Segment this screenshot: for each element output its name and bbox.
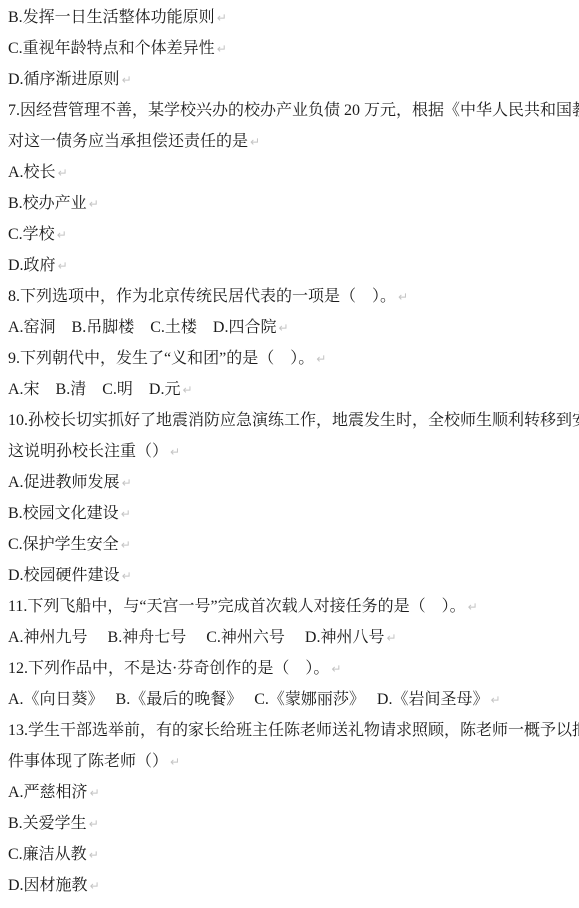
option-line: D.政府↵ xyxy=(8,250,579,281)
paragraph-mark-icon: ↵ xyxy=(170,445,180,459)
line-text: A.《向日葵》 B.《最后的晚餐》 C.《蒙娜丽莎》 D.《岩间圣母》 xyxy=(8,691,488,708)
paragraph-mark-icon: ↵ xyxy=(170,755,180,769)
option-line: C.廉洁从教↵ xyxy=(8,839,579,870)
paragraph-mark-icon: ↵ xyxy=(122,476,132,490)
paragraph-mark-icon: ↵ xyxy=(490,693,500,707)
paragraph-mark-icon: ↵ xyxy=(89,197,99,211)
option-row-line: A.窑洞 B.吊脚楼 C.土楼 D.四合院↵ xyxy=(8,312,579,343)
paragraph-mark-icon: ↵ xyxy=(386,631,396,645)
question-continuation-line: 件事体现了陈老师（）↵ xyxy=(8,746,579,777)
line-text: D.因材施教 xyxy=(8,877,88,894)
line-text: B.校园文化建设 xyxy=(8,505,119,522)
line-text: 件事体现了陈老师（） xyxy=(8,753,168,770)
option-line: A.校长↵ xyxy=(8,157,579,188)
line-text: 7.因经营管理不善，某学校兴办的校办产业负债 20 万元，根据《中华人民共和国教… xyxy=(8,102,579,119)
paragraph-mark-icon: ↵ xyxy=(331,662,341,676)
paragraph-mark-icon: ↵ xyxy=(121,538,131,552)
line-text: C.保护学生安全 xyxy=(8,536,119,553)
paragraph-mark-icon: ↵ xyxy=(89,817,99,831)
option-line: B.关爱学生↵ xyxy=(8,808,579,839)
question-continuation-line: 这说明孙校长注重（）↵ xyxy=(8,436,579,467)
paragraph-mark-icon: ↵ xyxy=(121,507,131,521)
line-text: 这说明孙校长注重（） xyxy=(8,443,168,460)
option-line: B.发挥一日生活整体功能原则↵ xyxy=(8,2,579,33)
paragraph-mark-icon: ↵ xyxy=(89,848,99,862)
paragraph-mark-icon: ↵ xyxy=(57,228,67,242)
line-text: B.关爱学生 xyxy=(8,815,87,832)
line-text: B.校办产业 xyxy=(8,195,87,212)
option-line: D.循序渐进原则↵ xyxy=(8,64,579,95)
question-line: 10.孙校长切实抓好了地震消防应急演练工作，地震发生时，全校师生顺利转移到安全地… xyxy=(8,405,579,436)
document-page: B.发挥一日生活整体功能原则↵ C.重视年龄特点和个体差异性↵ D.循序渐进原则… xyxy=(0,0,579,908)
paragraph-mark-icon: ↵ xyxy=(90,879,100,893)
paragraph-mark-icon: ↵ xyxy=(217,42,227,56)
question-line: 9.下列朝代中，发生了“义和团”的是（ ）。↵ xyxy=(8,343,579,374)
line-text: A.窑洞 B.吊脚楼 C.土楼 D.四合院 xyxy=(8,319,276,336)
option-row-line: A.宋 B.清 C.明 D.元↵ xyxy=(8,374,579,405)
line-text: A.促进教师发展 xyxy=(8,474,120,491)
option-line: C.学校↵ xyxy=(8,219,579,250)
line-text: 10.孙校长切实抓好了地震消防应急演练工作，地震发生时，全校师生顺利转移到安全地… xyxy=(8,412,579,429)
paragraph-mark-icon: ↵ xyxy=(250,135,260,149)
question-continuation-line: 对这一债务应当承担偿还责任的是↵ xyxy=(8,126,579,157)
line-text: A.宋 B.清 C.明 D.元 xyxy=(8,381,180,398)
line-text: D.政府 xyxy=(8,257,56,274)
paragraph-mark-icon: ↵ xyxy=(182,383,192,397)
line-text: C.廉洁从教 xyxy=(8,846,87,863)
option-line: A.促进教师发展↵ xyxy=(8,467,579,498)
question-line: 13.学生干部选举前，有的家长给班主任陈老师送礼物请求照顾，陈老师一概予以拒绝，… xyxy=(8,715,579,746)
option-line: B.校办产业↵ xyxy=(8,188,579,219)
line-text: 8.下列选项中，作为北京传统民居代表的一项是（ ）。 xyxy=(8,288,396,305)
option-line: D.因材施教↵ xyxy=(8,870,579,901)
line-text: 13.学生干部选举前，有的家长给班主任陈老师送礼物请求照顾，陈老师一概予以拒绝，… xyxy=(8,722,579,739)
line-text: A.校长 xyxy=(8,164,56,181)
question-line: 8.下列选项中，作为北京传统民居代表的一项是（ ）。↵ xyxy=(8,281,579,312)
line-text: 11.下列飞船中，与“天宫一号”完成首次载人对接任务的是（ ）。 xyxy=(8,598,466,615)
paragraph-mark-icon: ↵ xyxy=(217,11,227,25)
line-text: C.重视年龄特点和个体差异性 xyxy=(8,40,215,57)
line-text: A.神州九号 B.神舟七号 C.神州六号 D.神州八号 xyxy=(8,629,384,646)
question-line: 7.因经营管理不善，某学校兴办的校办产业负债 20 万元，根据《中华人民共和国教… xyxy=(8,95,579,126)
paragraph-mark-icon: ↵ xyxy=(58,259,68,273)
line-text: D.循序渐进原则 xyxy=(8,71,120,88)
paragraph-mark-icon: ↵ xyxy=(58,166,68,180)
option-line: D.校园硬件建设↵ xyxy=(8,560,579,591)
option-line: C.保护学生安全↵ xyxy=(8,529,579,560)
line-text: 12.下列作品中，不是达·芬奇创作的是（ ）。 xyxy=(8,660,329,677)
line-text: B.发挥一日生活整体功能原则 xyxy=(8,9,215,26)
paragraph-mark-icon: ↵ xyxy=(278,321,288,335)
line-text: 9.下列朝代中，发生了“义和团”的是（ ）。 xyxy=(8,350,314,367)
question-line: 12.下列作品中，不是达·芬奇创作的是（ ）。↵ xyxy=(8,653,579,684)
paragraph-mark-icon: ↵ xyxy=(316,352,326,366)
paragraph-mark-icon: ↵ xyxy=(122,73,132,87)
option-row-line: A.《向日葵》 B.《最后的晚餐》 C.《蒙娜丽莎》 D.《岩间圣母》↵ xyxy=(8,684,579,715)
paragraph-mark-icon: ↵ xyxy=(90,786,100,800)
paragraph-mark-icon: ↵ xyxy=(398,290,408,304)
paragraph-mark-icon: ↵ xyxy=(122,569,132,583)
option-line: A.严慈相济↵ xyxy=(8,777,579,808)
line-text: 对这一债务应当承担偿还责任的是 xyxy=(8,133,248,150)
paragraph-mark-icon: ↵ xyxy=(468,600,478,614)
line-text: D.校园硬件建设 xyxy=(8,567,120,584)
option-row-line: A.神州九号 B.神舟七号 C.神州六号 D.神州八号↵ xyxy=(8,622,579,653)
line-text: A.严慈相济 xyxy=(8,784,88,801)
option-line: B.校园文化建设↵ xyxy=(8,498,579,529)
option-line: C.重视年龄特点和个体差异性↵ xyxy=(8,33,579,64)
question-line: 11.下列飞船中，与“天宫一号”完成首次载人对接任务的是（ ）。↵ xyxy=(8,591,579,622)
line-text: C.学校 xyxy=(8,226,55,243)
